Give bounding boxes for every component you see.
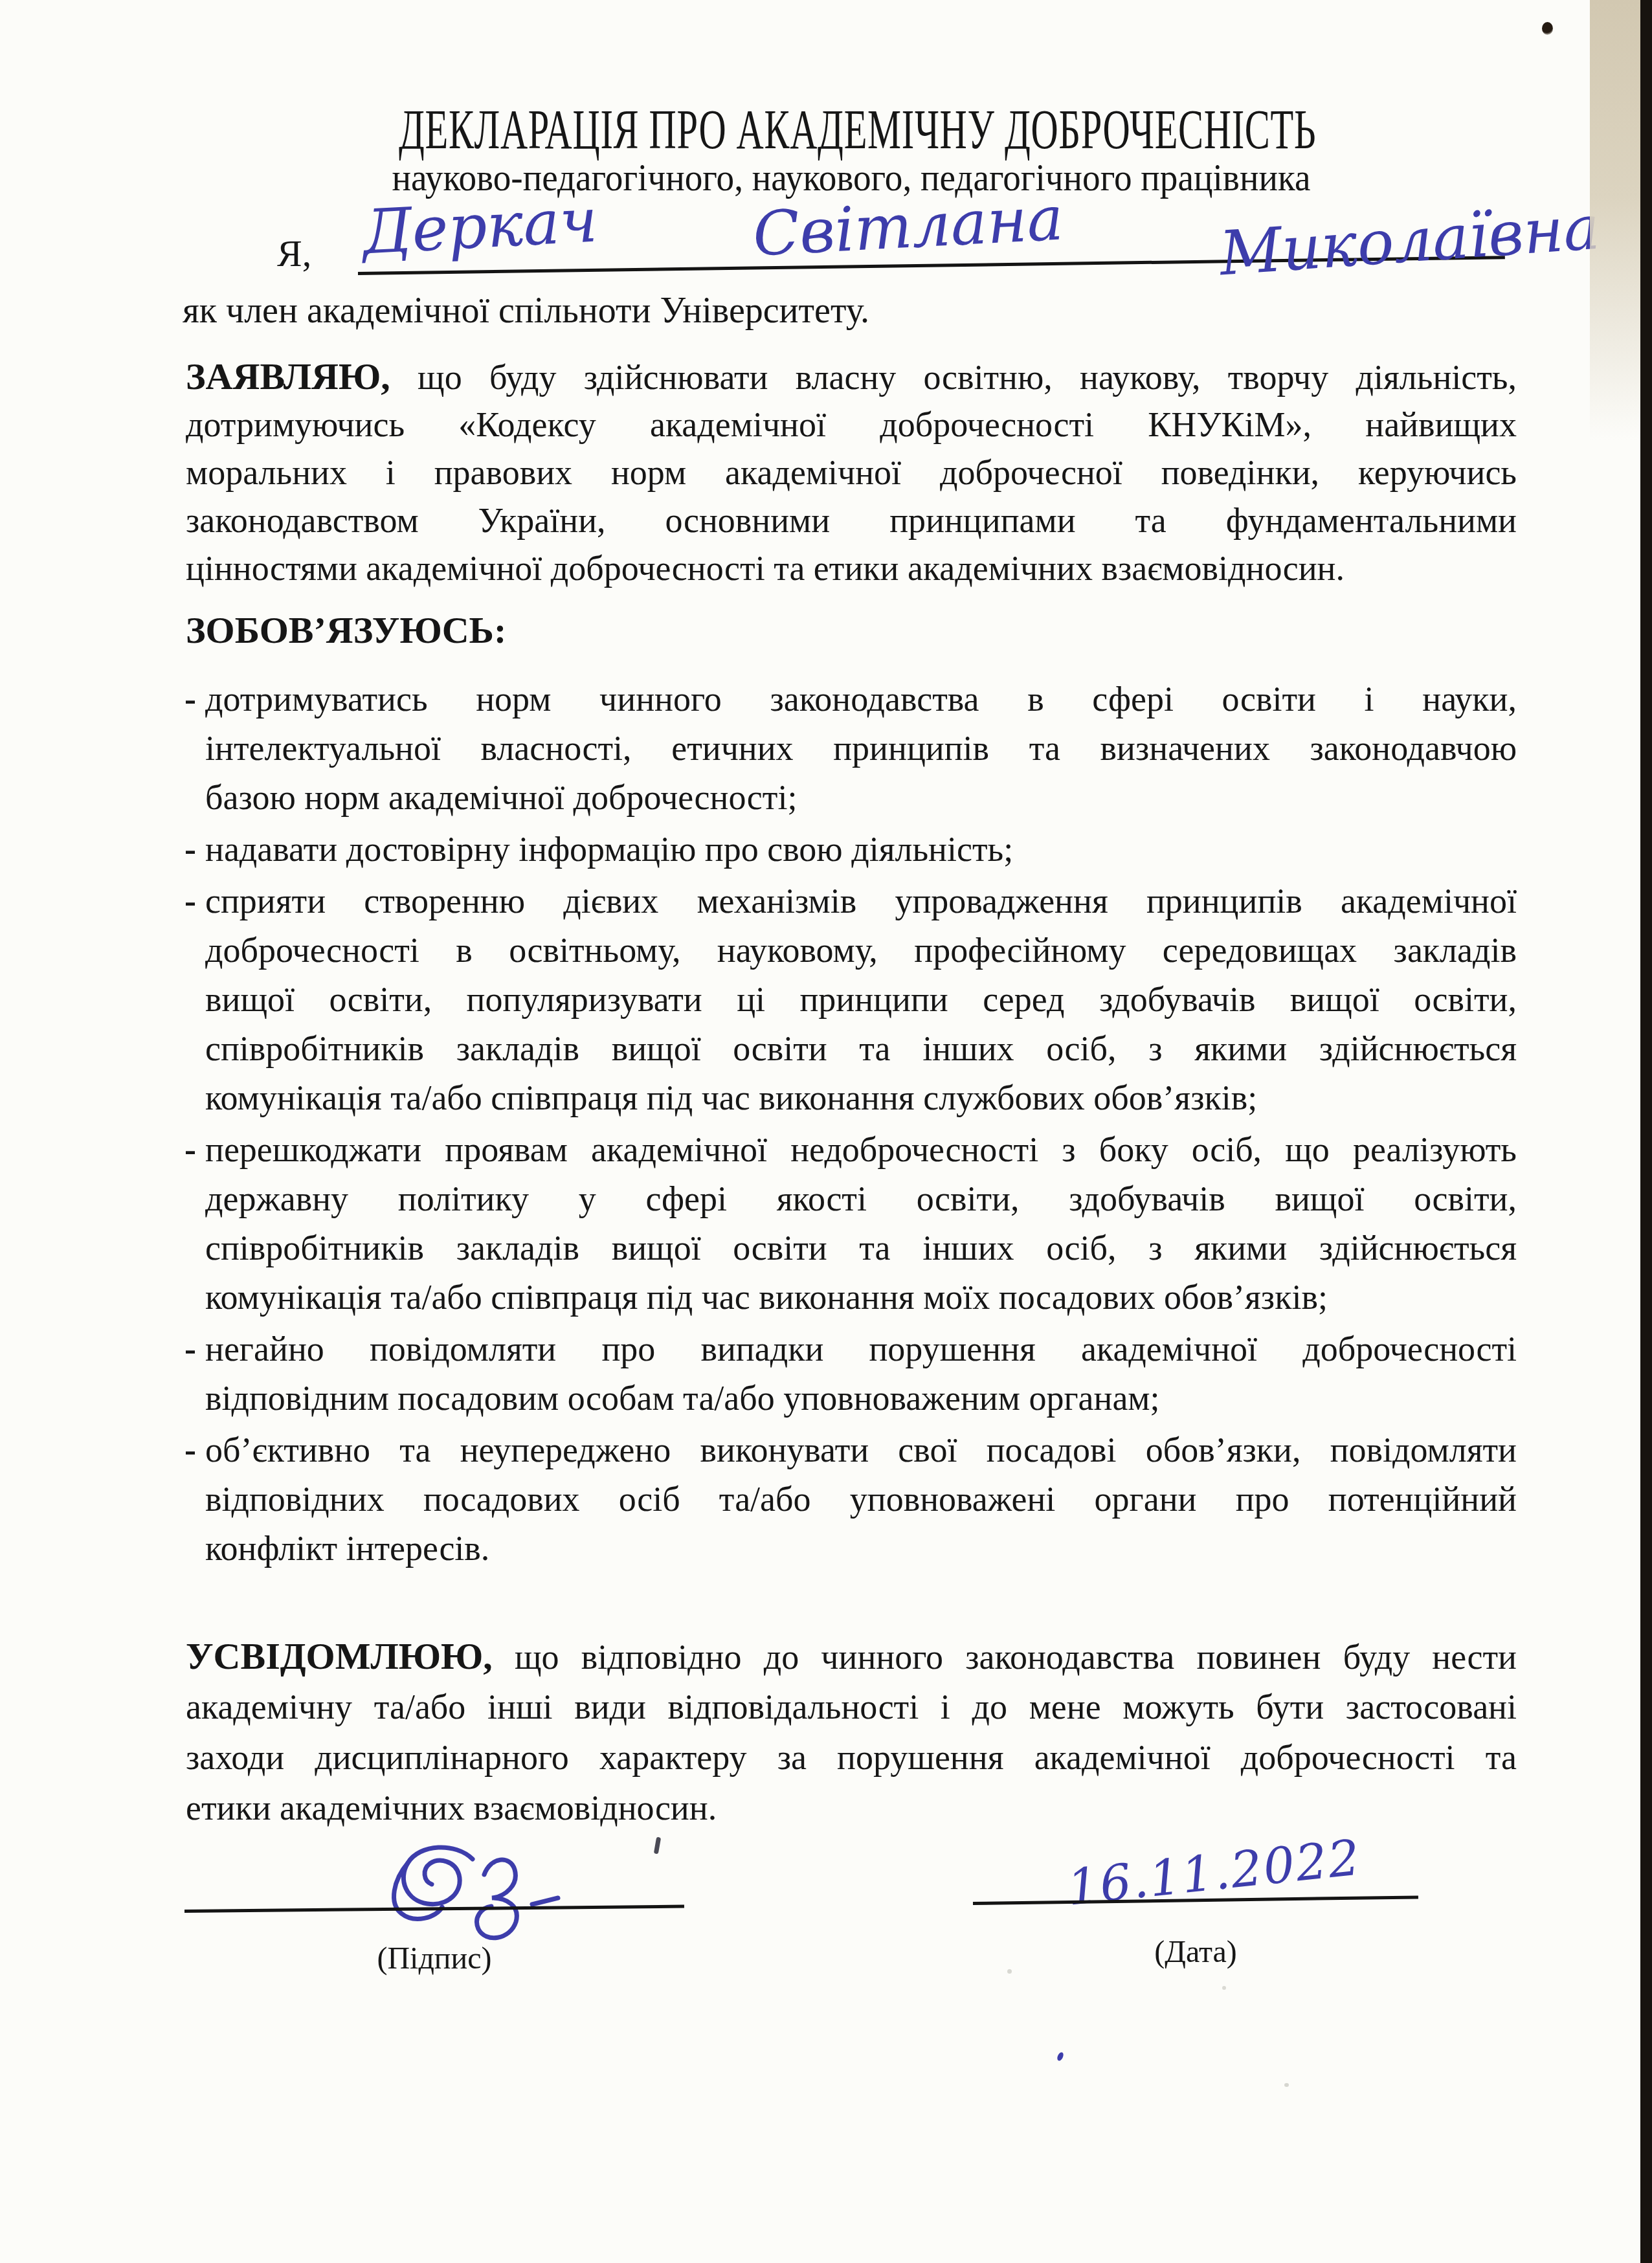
bullet-dash: -	[184, 1425, 196, 1475]
handwritten-patronymic: Миколаївна	[1217, 193, 1602, 290]
bullet-dash: -	[184, 825, 196, 874]
bullet-dash: -	[184, 1125, 196, 1174]
document-subtitle: науково-педагогічного, наукового, педаго…	[239, 154, 1464, 201]
name-underline	[358, 256, 1505, 275]
acknowledge-paragraph: УСВІДОМЛЮЮ, що відповідно до чинного зак…	[186, 1631, 1517, 1833]
pen-mark	[654, 1837, 661, 1855]
declare-line: законодавством України, основними принци…	[186, 496, 1517, 544]
bullet-dash: -	[184, 674, 196, 724]
declare-line: цінностями академічної доброчесності та …	[186, 544, 1517, 592]
document-title: ДЕКЛАРАЦІЯ ПРО АКАДЕМІЧНУ ДОБРОЧЕСНІСТЬ	[399, 98, 1304, 161]
declare-line: моральних і правових норм академічної до…	[186, 449, 1517, 496]
scan-edge-bar	[1640, 0, 1652, 2263]
declarant-prefix: Я,	[277, 232, 311, 275]
declare-line: ЗАЯВЛЯЮ, що буду здійснювати власну осві…	[186, 353, 1517, 401]
ink-speck	[1056, 2051, 1064, 2062]
list-item: - перешкоджати проявам академічної недоб…	[205, 1125, 1517, 1322]
scan-speck	[1284, 2083, 1289, 2087]
list-item: - негайно повідомляти про випадки поруше…	[205, 1324, 1517, 1423]
scan-speck	[1542, 22, 1553, 35]
scan-edge-shadow	[1590, 0, 1640, 440]
scan-speck	[1222, 1986, 1226, 1990]
bullet-dash: -	[184, 1324, 196, 1374]
handwritten-name: Деркач Світлана Миколаївна	[363, 192, 1599, 302]
acknowledge-line: академічну та/або інші види відповідальн…	[186, 1682, 1517, 1732]
scan-speck	[1007, 1969, 1012, 1974]
list-item: - дотримуватись норм чинного законодавст…	[205, 674, 1517, 822]
declare-line: дотримуючись «Кодексу академічної доброч…	[186, 401, 1517, 449]
acknowledge-lead: УСВІДОМЛЮЮ,	[186, 1635, 493, 1677]
acknowledge-line: заходи дисциплінарного характеру за пору…	[186, 1732, 1517, 1783]
bullet-dash: -	[184, 876, 196, 926]
declare-paragraph: ЗАЯВЛЯЮ, що буду здійснювати власну осві…	[186, 353, 1517, 592]
list-item: - надавати достовірну інформацію про сво…	[205, 825, 1517, 874]
list-item: - об’єктивно та неупереджено виконувати …	[205, 1425, 1517, 1573]
member-line: як член академічної спільноти Університе…	[183, 290, 869, 331]
acknowledge-line: етики академічних взаємовідносин.	[186, 1783, 1517, 1833]
acknowledge-line: УСВІДОМЛЮЮ, що відповідно до чинного зак…	[186, 1631, 1517, 1682]
signature-label: (Підпис)	[184, 1941, 684, 1976]
handwritten-signature	[377, 1840, 564, 1943]
list-item: - сприяти створенню дієвих механізмів уп…	[205, 876, 1517, 1122]
declare-lead: ЗАЯВЛЯЮ,	[186, 355, 390, 397]
date-label: (Дата)	[973, 1934, 1418, 1970]
obligations-heading: ЗОБОВ’ЯЗУЮСЬ:	[186, 608, 506, 652]
obligations-list: - дотримуватись норм чинного законодавст…	[205, 674, 1517, 1576]
handwritten-date: 16.11.2022	[1065, 1828, 1364, 1916]
scanned-declaration-page: ДЕКЛАРАЦІЯ ПРО АКАДЕМІЧНУ ДОБРОЧЕСНІСТЬ …	[0, 0, 1652, 2263]
